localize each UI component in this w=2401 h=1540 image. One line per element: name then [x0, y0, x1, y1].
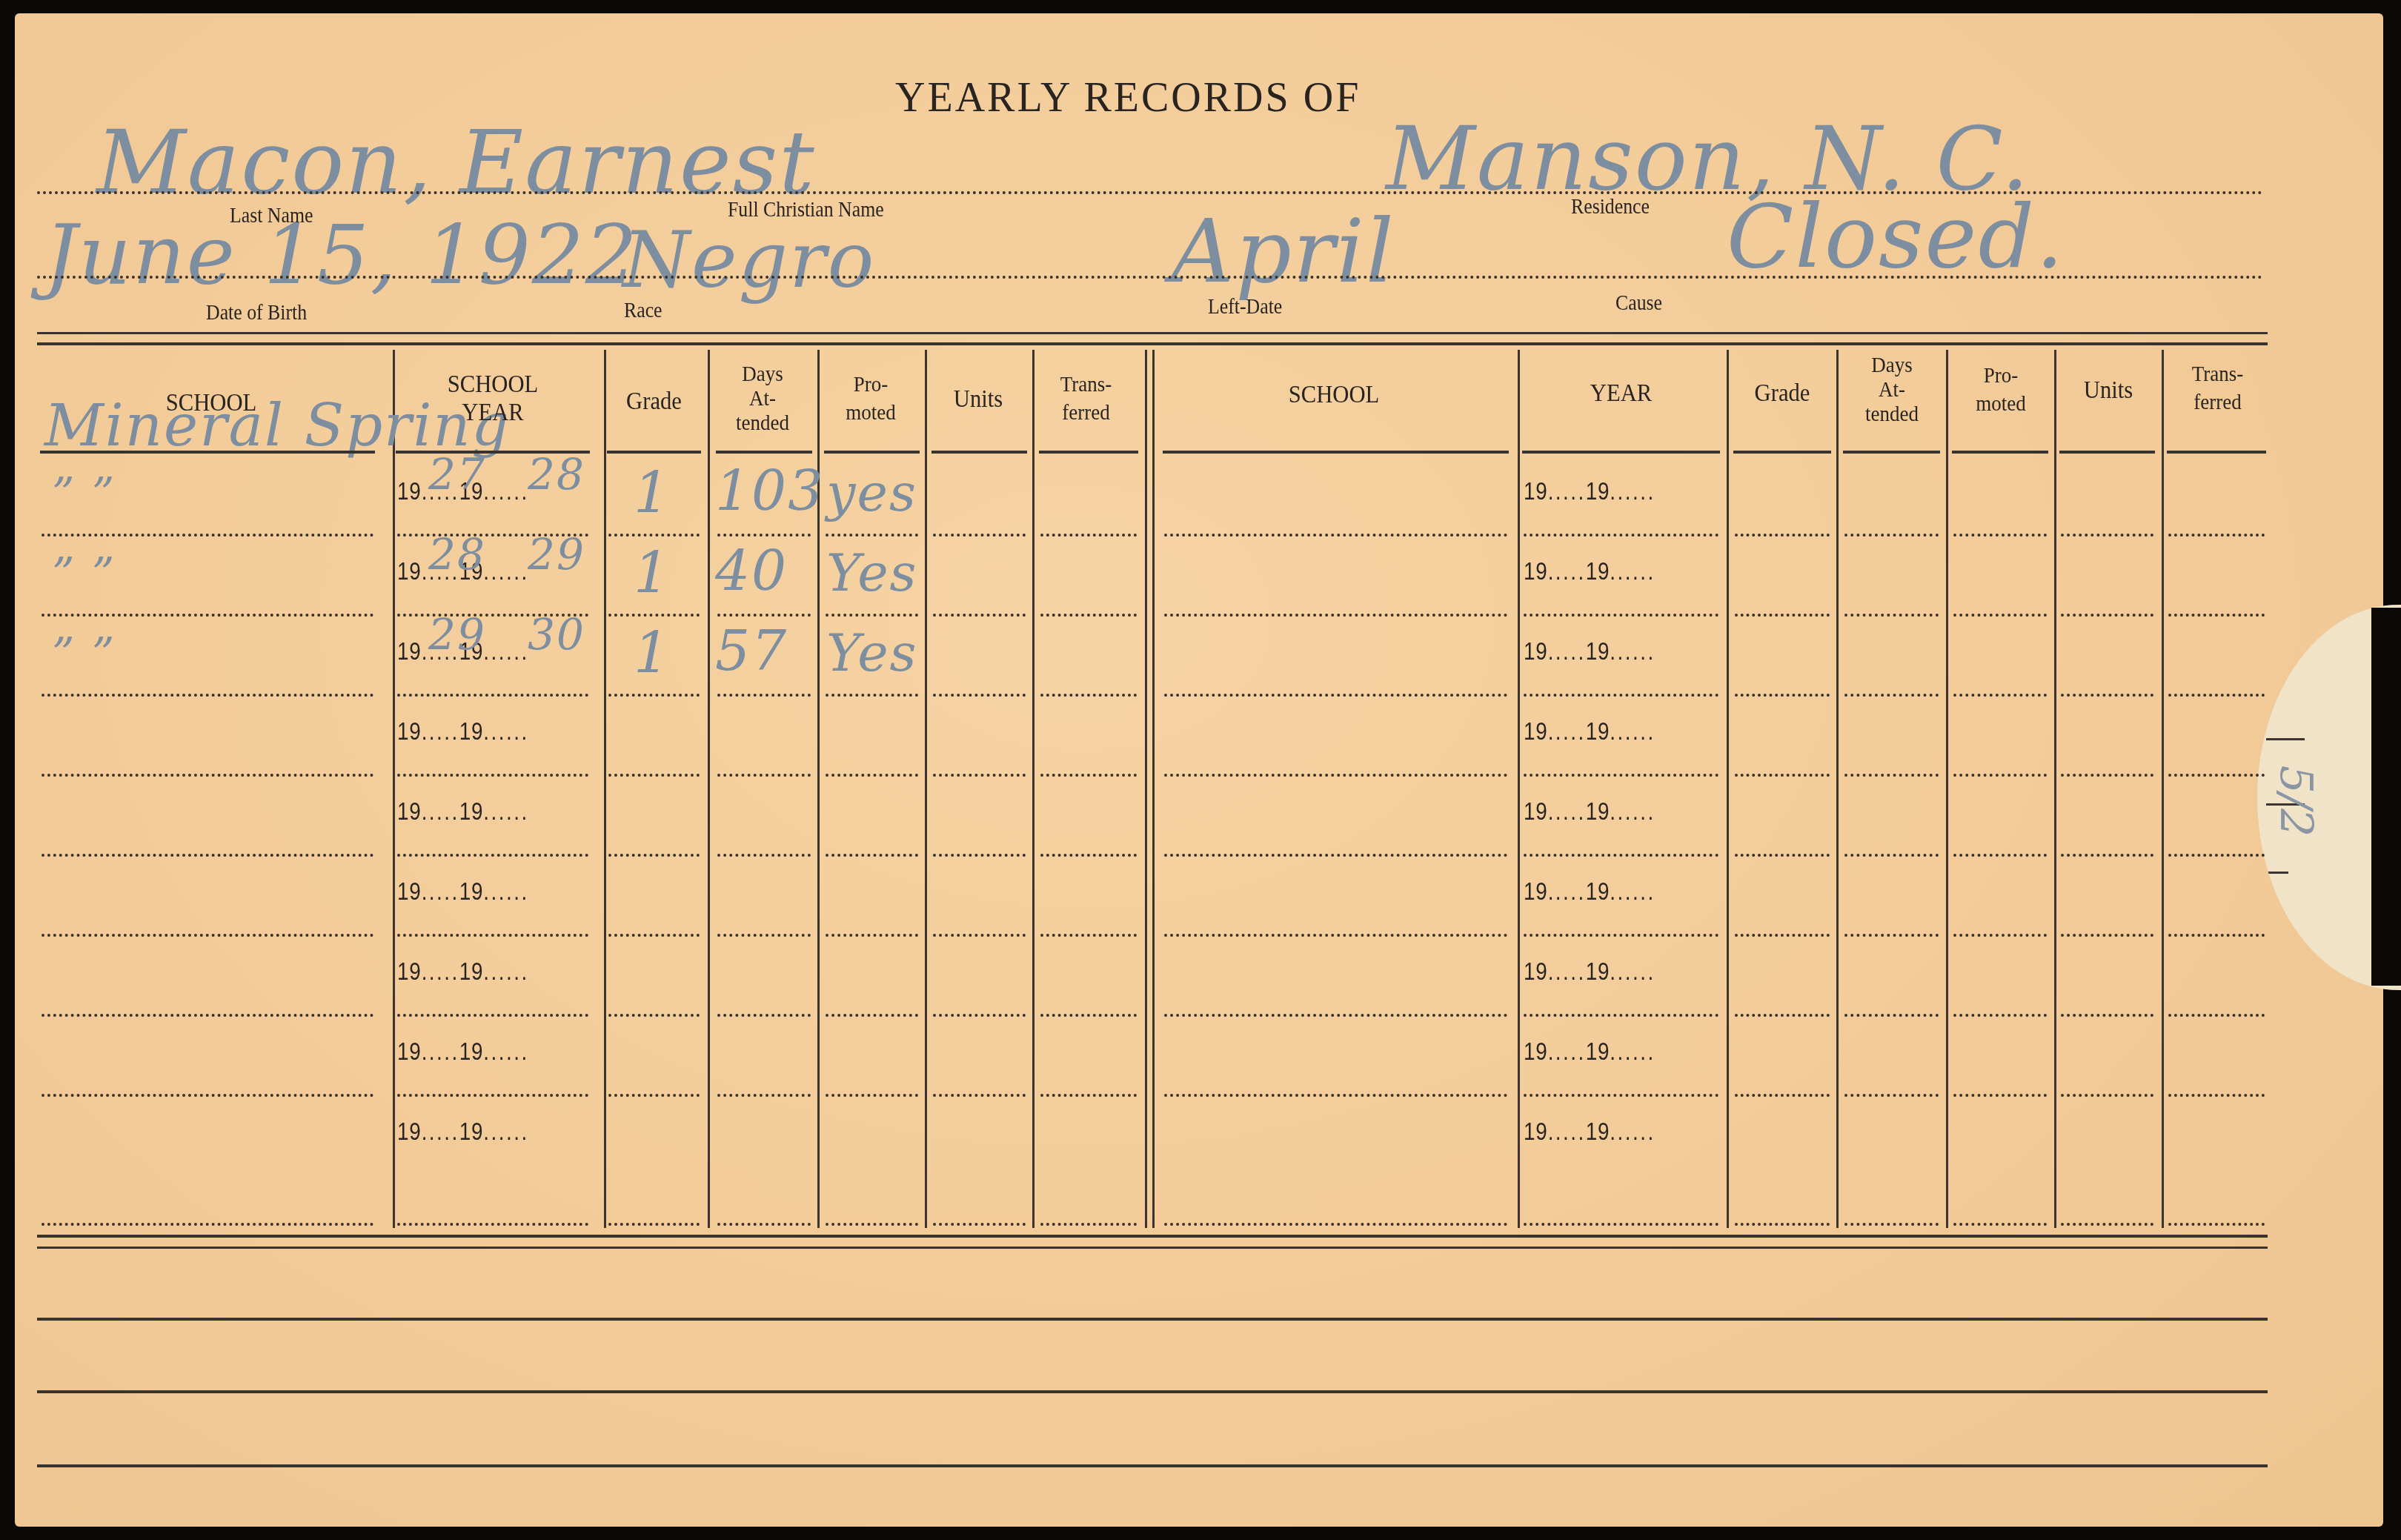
year-field[interactable]: 19.....19......: [1524, 1038, 1656, 1066]
promoted-value[interactable]: Yes: [826, 542, 917, 603]
row-separator: [826, 774, 918, 777]
column-divider: [1152, 350, 1155, 1228]
row-separator: [2168, 614, 2265, 617]
row-separator: [1844, 694, 1939, 697]
row-separator: [608, 614, 700, 617]
row-separator: [397, 854, 588, 857]
header-promoted-right: Pro- moted: [1954, 362, 2048, 418]
row-separator: [397, 934, 588, 937]
row-separator: [608, 1223, 700, 1226]
row-separator: [1844, 934, 1939, 937]
header-promoted: Pro- moted: [824, 371, 917, 427]
row-separator: [1164, 934, 1507, 937]
row-separator: [2168, 774, 2265, 777]
row-separator: [826, 934, 918, 937]
row-separator: [397, 1094, 588, 1097]
header-days-attended-right: Days At- tended: [1845, 353, 1939, 426]
row-separator: [717, 1014, 811, 1017]
year-field[interactable]: 19.....19......: [397, 1038, 529, 1066]
promoted-value[interactable]: Yes: [826, 623, 917, 683]
row-separator: [933, 614, 1026, 617]
row-separator: [1164, 534, 1507, 537]
row-separator: [397, 774, 588, 777]
row-separator: [41, 614, 373, 617]
header-school-year: SCHOOL YEAR: [410, 371, 577, 427]
row-separator: [933, 1014, 1026, 1017]
row-separator: [826, 534, 918, 537]
row-separator: [41, 934, 373, 937]
row-separator: [717, 774, 811, 777]
row-separator: [1953, 1094, 2047, 1097]
row-separator: [717, 854, 811, 857]
row-separator: [1844, 1223, 1939, 1226]
row-separator: [1524, 1014, 1718, 1017]
year-field[interactable]: 19.....19......: [397, 797, 529, 826]
row-separator: [608, 854, 700, 857]
row-separator: [933, 534, 1026, 537]
header-underline: [2059, 451, 2155, 454]
row-separator: [1040, 1014, 1137, 1017]
row-separator: [1953, 854, 2047, 857]
column-divider: [393, 350, 395, 1228]
header-underline: [1952, 451, 2048, 454]
row-separator: [1040, 534, 1137, 537]
row-separator: [1040, 934, 1137, 937]
residence-label: Residence: [1571, 194, 1650, 219]
header-underline: [607, 451, 701, 454]
column-divider: [1032, 350, 1035, 1228]
row-separator: [41, 774, 373, 777]
column-divider: [1518, 350, 1520, 1228]
race-value: Negro: [622, 215, 875, 305]
column-divider: [1145, 350, 1147, 1228]
row-separator: [1735, 534, 1830, 537]
header-underline: [931, 451, 1027, 454]
row-separator: [933, 774, 1026, 777]
days-attended-value[interactable]: 40: [715, 540, 788, 603]
row-separator: [1524, 774, 1718, 777]
year-end-value[interactable]: 30: [528, 609, 585, 660]
header-grade-right: Grade: [1736, 379, 1829, 408]
header-underline: [2167, 451, 2266, 454]
row-separator: [2168, 1094, 2265, 1097]
row-separator: [1040, 694, 1137, 697]
row-separator: [1040, 1094, 1137, 1097]
row-separator: [1164, 1014, 1507, 1017]
year-field[interactable]: 19.....19......: [1524, 1118, 1656, 1146]
row-separator: [608, 534, 700, 537]
row-separator: [933, 1094, 1026, 1097]
left-date-value: April: [1171, 200, 1395, 302]
row-separator: [1524, 534, 1718, 537]
row-separator: [41, 1223, 373, 1226]
row-separator: [717, 1223, 811, 1226]
row-separator: [933, 854, 1026, 857]
row-separator: [717, 1094, 811, 1097]
row-separator: [608, 694, 700, 697]
row-separator: [1164, 854, 1507, 857]
column-divider: [708, 350, 710, 1228]
row-separator: [717, 694, 811, 697]
row-separator: [933, 934, 1026, 937]
row-separator: [826, 854, 918, 857]
row-separator: [41, 1094, 373, 1097]
row-separator: [1040, 774, 1137, 777]
row-separator: [1164, 774, 1507, 777]
year-field[interactable]: 19.....19......: [397, 957, 529, 986]
header-year-right: YEAR: [1530, 379, 1713, 408]
column-divider: [1727, 350, 1729, 1228]
row-separator: [2168, 694, 2265, 697]
column-divider: [925, 350, 927, 1228]
row-separator: [826, 614, 918, 617]
table-bottom-rule: [37, 1235, 2268, 1238]
header-school-right: SCHOOL: [1178, 381, 1491, 409]
row-separator: [1735, 934, 1830, 937]
year-field[interactable]: 19.....19......: [1524, 957, 1656, 986]
year-field[interactable]: 19.....19......: [1524, 877, 1656, 906]
header-underline: [1843, 451, 1940, 454]
dob-line: [37, 276, 2264, 279]
row-separator: [1844, 774, 1939, 777]
table-top-rule: [37, 332, 2268, 334]
school-ditto-mark[interactable]: ” ”: [52, 628, 116, 680]
row-separator: [717, 534, 811, 537]
row-separator: [826, 1223, 918, 1226]
row-separator: [1164, 614, 1507, 617]
year-field[interactable]: 19.....19......: [397, 877, 529, 906]
year-end-value[interactable]: 28: [528, 449, 585, 499]
row-separator: [826, 694, 918, 697]
row-separator: [2061, 694, 2153, 697]
header-underline: [1163, 451, 1509, 454]
last-name-value: Macon,: [96, 111, 433, 213]
row-separator: [2168, 934, 2265, 937]
year-field[interactable]: 19.....19......: [1524, 477, 1656, 506]
header-underline: [824, 451, 920, 454]
row-separator: [717, 614, 811, 617]
table-bottom-rule-2: [37, 1247, 2268, 1249]
row-separator: [1524, 614, 1718, 617]
header-units: Units: [931, 385, 1025, 414]
row-separator: [1040, 1223, 1137, 1226]
year-start-value[interactable]: 28: [428, 529, 486, 580]
grade-value[interactable]: 1: [634, 540, 671, 605]
row-separator: [1524, 854, 1718, 857]
row-separator: [608, 774, 700, 777]
row-separator: [608, 1094, 700, 1097]
table-top-rule-2: [37, 342, 2268, 345]
row-separator: [397, 1014, 588, 1017]
column-divider: [1836, 350, 1839, 1228]
year-end-value[interactable]: 29: [528, 529, 585, 580]
row-separator: [1164, 694, 1507, 697]
left-date-label: Left-Date: [1208, 294, 1282, 319]
header-days-attended: Days At- tended: [715, 362, 810, 435]
header-grade: Grade: [609, 388, 700, 416]
row-separator: [1164, 1223, 1507, 1226]
row-separator: [1844, 1014, 1939, 1017]
remarks-line-1: [37, 1318, 2268, 1321]
row-separator: [1953, 614, 2047, 617]
header-units-right: Units: [2062, 376, 2155, 405]
row-separator: [1844, 534, 1939, 537]
row-separator: [933, 1223, 1026, 1226]
race-label: Race: [624, 298, 662, 323]
row-separator: [2061, 1014, 2153, 1017]
grade-value[interactable]: 1: [634, 459, 671, 525]
year-field[interactable]: 19.....19......: [1524, 797, 1656, 826]
cause-label: Cause: [1615, 291, 1662, 316]
row-separator: [2061, 854, 2153, 857]
year-field[interactable]: 19.....19......: [397, 717, 529, 746]
row-separator: [2168, 854, 2265, 857]
year-field[interactable]: 19.....19......: [1524, 717, 1656, 746]
remarks-line-3: [37, 1464, 2268, 1467]
row-separator: [1735, 774, 1830, 777]
row-separator: [608, 1014, 700, 1017]
column-divider: [2162, 350, 2164, 1228]
row-separator: [1524, 694, 1718, 697]
row-separator: [1040, 614, 1137, 617]
year-start-value[interactable]: 29: [428, 609, 486, 660]
header-underline: [1733, 451, 1831, 454]
row-separator: [2061, 774, 2153, 777]
cause-value: Closed.: [1727, 185, 2065, 288]
header-underline: [716, 451, 812, 454]
row-separator: [1735, 1014, 1830, 1017]
row-separator: [1844, 854, 1939, 857]
form-title: YEARLY RECORDS OF: [895, 74, 1361, 122]
header-underline: [1039, 451, 1138, 454]
row-separator: [1524, 934, 1718, 937]
row-separator: [826, 1014, 918, 1017]
row-separator: [1844, 614, 1939, 617]
row-separator: [717, 934, 811, 937]
row-separator: [2168, 1223, 2265, 1226]
row-separator: [1735, 1094, 1830, 1097]
row-separator: [2061, 1094, 2153, 1097]
grade-value[interactable]: 1: [634, 620, 671, 686]
row-separator: [1524, 1094, 1718, 1097]
remarks-line-2: [37, 1390, 2268, 1393]
column-divider: [2054, 350, 2056, 1228]
year-field[interactable]: 19.....19......: [397, 1118, 529, 1146]
row-separator: [1524, 1223, 1718, 1226]
row-separator: [397, 1223, 588, 1226]
school-ditto-mark[interactable]: ” ”: [52, 468, 116, 520]
row-separator: [397, 694, 588, 697]
year-field[interactable]: 19.....19......: [1524, 637, 1656, 666]
row-separator: [2168, 534, 2265, 537]
header-transferred-right: Trans- ferred: [2169, 360, 2266, 416]
row-separator: [1953, 1223, 2047, 1226]
background-edge: [2371, 608, 2401, 986]
row-separator: [1953, 694, 2047, 697]
row-separator: [1953, 934, 2047, 937]
row-separator: [826, 1094, 918, 1097]
row-separator: [1735, 694, 1830, 697]
row-separator: [2061, 534, 2153, 537]
row-separator: [608, 934, 700, 937]
row-separator: [2061, 614, 2153, 617]
row-separator: [1953, 534, 2047, 537]
school-ditto-mark[interactable]: ” ”: [52, 548, 116, 600]
promoted-value[interactable]: yes: [826, 462, 917, 523]
row-separator: [41, 854, 373, 857]
header-transferred: Trans- ferred: [1037, 371, 1135, 427]
row-separator: [933, 694, 1026, 697]
row-separator: [1844, 1094, 1939, 1097]
date-of-birth-value: June 15, 1922: [44, 208, 639, 302]
row-separator: [41, 534, 373, 537]
year-field[interactable]: 19.....19......: [1524, 557, 1656, 586]
row-separator: [2061, 1223, 2153, 1226]
row-separator: [1735, 854, 1830, 857]
row-separator: [1040, 854, 1137, 857]
days-attended-value[interactable]: 57: [715, 620, 788, 683]
row-separator: [41, 1014, 373, 1017]
row-separator: [1164, 1094, 1507, 1097]
row-separator: [1735, 614, 1830, 617]
header-underline: [40, 451, 375, 454]
row-separator: [41, 694, 373, 697]
row-separator: [1953, 774, 2047, 777]
header-underline: [1522, 451, 1720, 454]
row-separator: [1735, 1223, 1830, 1226]
row-separator: [1953, 1014, 2047, 1017]
days-attended-value[interactable]: 103: [715, 459, 824, 523]
column-divider: [604, 350, 606, 1228]
date-of-birth-label: Date of Birth: [206, 300, 307, 325]
row-separator: [2168, 1014, 2265, 1017]
column-divider: [1946, 350, 1948, 1228]
year-start-value[interactable]: 27: [428, 449, 486, 499]
row-separator: [2061, 934, 2153, 937]
